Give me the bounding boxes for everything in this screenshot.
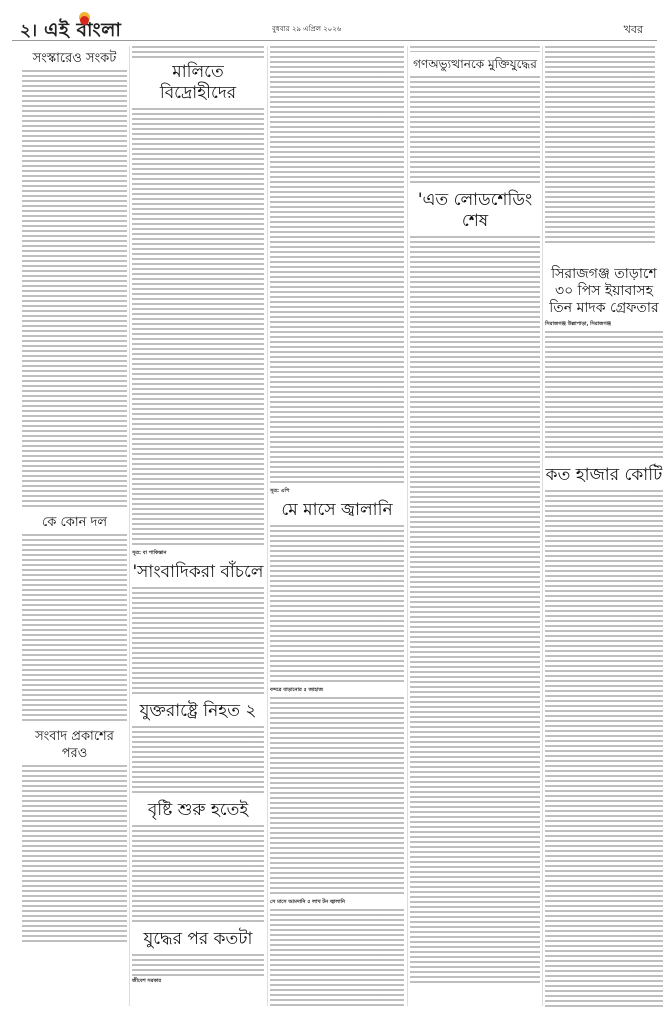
article-body — [132, 954, 264, 978]
article-body — [545, 331, 663, 461]
article-body — [545, 46, 655, 246]
article-body — [22, 70, 127, 510]
article-body — [132, 587, 264, 697]
article-body — [410, 46, 540, 52]
column-rule — [542, 46, 543, 1006]
headline: মালিতে বিদ্রোহীদের — [132, 62, 264, 104]
headline: গণঅভ্যুত্থানকে মুক্তিযুদ্ধের — [410, 56, 540, 73]
headline: 'এত লোডশেডিং শেষ — [410, 190, 540, 232]
article-body — [132, 726, 264, 796]
headline: সংবাদ প্রকাশের পরও — [22, 728, 127, 762]
headline: যুদ্ধের পর কতটা — [132, 929, 264, 950]
article-body — [410, 76, 540, 186]
article-body — [22, 534, 127, 724]
article-body — [132, 825, 264, 925]
issue-date: বুধবার ২৯ এপ্রিল ২০২৬ — [272, 23, 341, 35]
column-4: গণঅভ্যুত্থানকে মুক্তিযুদ্ধের 'এত লোডশেডি… — [410, 46, 540, 986]
column-2: মালিতে বিদ্রোহীদের সূত্র: বা পাকিস্তান '… — [132, 46, 264, 986]
section-label: খবর — [624, 21, 643, 40]
article-body — [545, 490, 663, 1010]
article-body — [410, 236, 540, 986]
subhead: সে মাসে আমদানি ৫ লাখ টন জ্বালানি — [270, 899, 404, 907]
subhead: বন্দরে বাড়ানোর ৫ জাহাজ — [270, 687, 404, 695]
credit: সূত্র: এপি — [270, 488, 404, 496]
dateline: সিরাজগঞ্জ উল্লাপাড়া, সিরাজগঞ্জ — [545, 321, 663, 329]
article-block: সিরাজগঞ্জ তাড়াশে ৩০ পিস ইয়াবাসহ তিন মা… — [545, 262, 663, 1010]
headline: বৃষ্টি শুরু হতেই — [132, 800, 264, 821]
headline: যুক্তরাষ্ট্রে নিহত ২ — [132, 701, 264, 722]
column-rule — [129, 46, 130, 1006]
column-1: সংস্কারেও সংকট কে কোন দল সংবাদ প্রকাশের … — [22, 46, 127, 945]
headline: 'সাংবাদিকরা বাঁচলে — [132, 562, 264, 583]
article-body — [270, 525, 404, 685]
page-number: ২। — [20, 18, 37, 46]
credit: সূত্র: বা পাকিস্তান — [132, 550, 264, 558]
headline: সংস্কারেও সংকট — [22, 50, 127, 67]
masthead: ২। এই বাংলা বুধবার ২৯ এপ্রিল ২০২৬ খবর — [12, 18, 657, 41]
headline: কে কোন দল — [22, 514, 127, 531]
headline: সিরাজগঞ্জ তাড়াশে ৩০ পিস ইয়াবাসহ তিন মা… — [545, 266, 663, 317]
column-5 — [545, 46, 655, 246]
article-body — [132, 46, 264, 58]
logo-sun-icon — [80, 16, 89, 25]
article-body — [270, 909, 404, 1009]
article-body — [270, 46, 404, 486]
article-body — [22, 765, 127, 945]
article-body — [132, 108, 264, 548]
byline: জীবেশ সরকার — [132, 978, 264, 986]
column-rule — [407, 46, 408, 1006]
column-rule — [267, 46, 268, 1006]
article-body — [270, 697, 404, 897]
headline: মে মাসে জ্বালানি — [270, 500, 404, 521]
headline: কত হাজার কোটি — [545, 465, 663, 486]
column-3: সূত্র: এপি মে মাসে জ্বালানি বন্দরে বাড়া… — [270, 46, 404, 1009]
